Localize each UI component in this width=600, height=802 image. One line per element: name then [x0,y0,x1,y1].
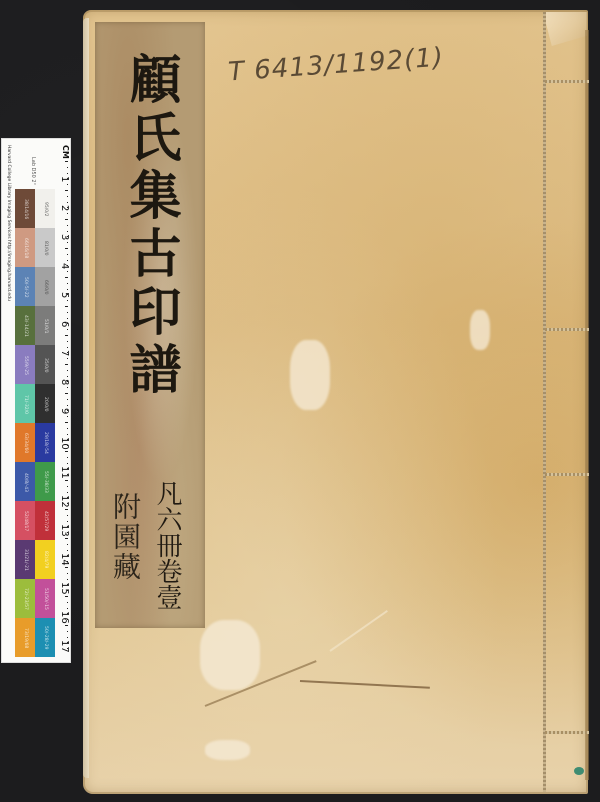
swatch-lab-value: 95/0/2 [35,191,55,227]
color-swatch: 72/-23/57 [15,579,35,618]
ruler-tick [65,567,68,568]
ruler-tick [67,300,68,301]
swatch-lab-value: 82/4/79 [35,542,55,578]
color-swatch: 73/19/68 [15,618,35,657]
ruler-tick [65,538,68,539]
ruler-number: 10 [55,437,70,450]
ruler-number: 5 [55,292,70,298]
color-swatch: 51/50/-15 [35,579,55,618]
ruler-tick [67,416,68,417]
ruler-tick [67,260,68,261]
ruler-number: 11 [55,466,70,479]
swatch-lab-value: 72/-23/57 [15,581,35,617]
ruler-tick [67,544,68,545]
swatch-column-chromatic: 38/14/1666/16/1850/-5/-2243/-14/2155/9/-… [15,189,35,657]
target-credit-text: Harvard College Library Imaging Services… [2,139,14,662]
ruler-tick [67,602,68,603]
ruler-tick [65,306,68,307]
ruler-number: 9 [55,408,70,414]
swatch-lab-value: 29/18/-54 [35,425,55,461]
volume-subtitle: 凡六冊卷壹 [147,480,187,610]
paper-wear [290,340,330,410]
ruler-tick [67,231,68,232]
swatch-lab-value: 66/16/18 [15,230,35,266]
swatch-lab-value: 42/57/29 [35,503,55,539]
ruler-tick [67,341,68,342]
title-char: 印 [120,284,181,342]
paper-wear [470,310,490,350]
color-swatch: 20/0/0 [35,384,55,423]
title-char: 譜 [120,342,181,400]
green-stain [574,767,584,775]
ruler-number: 3 [55,234,70,240]
title-char: 顧 [120,52,181,110]
color-swatch: 35/0/0 [35,345,55,384]
color-swatch: 50/-5/-22 [15,267,35,306]
ruler-tick [67,492,68,493]
binding-stitch [545,328,589,331]
ruler-tick [65,596,68,597]
ruler-number: 14 [55,553,70,566]
color-swatch: 52/48/17 [15,501,35,540]
ruler-tick [67,254,68,255]
ruler-tick [67,376,68,377]
color-swatch: 29/18/-54 [35,423,55,462]
ruler-tick [67,550,68,551]
ruler-tick [65,480,68,481]
ruler-tick [67,289,68,290]
swatch-lab-value: 81/0/0 [35,230,55,266]
binding-stitch [545,80,589,83]
ruler-tick [65,422,68,423]
swatch-lab-value: 51/50/-15 [35,581,55,617]
ruler-number: 17 [55,640,70,653]
color-swatch: 63/34/60 [15,423,35,462]
ruler-number: 7 [55,350,70,356]
ruler-tick [67,242,68,243]
ruler-tick [67,312,68,313]
color-swatch-grid: 38/14/1666/16/1850/-5/-2243/-14/2155/9/-… [15,189,55,657]
ruler-tick [67,428,68,429]
lab-label: Lab D50 2° [26,157,36,187]
title-slip: 顧氏集古印譜 凡六冊卷壹 附園藏 [95,22,205,628]
ruler-tick [67,184,68,185]
swatch-lab-value: 66/0/0 [35,269,55,305]
ruler-tick [67,387,68,388]
ruler-tick [67,399,68,400]
swatch-lab-value: 43/-14/21 [15,308,35,344]
ruler-tick [67,457,68,458]
ruler-tick [67,329,68,330]
spine-edge [585,30,589,780]
swatch-column-gray: 95/0/281/0/066/0/051/0/135/0/020/0/029/1… [35,189,55,657]
title-char: 氏 [120,110,181,168]
color-calibration-target: Harvard College Library Imaging Services… [1,138,71,663]
paper-wear [200,620,260,690]
ruler-tick [65,509,68,510]
color-swatch: 66/16/18 [15,228,35,267]
binding-stitch [545,731,589,734]
color-swatch: 71/-32/0 [15,384,35,423]
book-title: 顧氏集古印譜 [115,52,185,400]
ruler-tick [67,358,68,359]
swatch-lab-value: 38/14/16 [15,191,35,227]
color-swatch: 55/-38/33 [35,462,55,501]
color-swatch: 55/9/-25 [15,345,35,384]
swatch-lab-value: 50/-28/-29 [35,620,55,656]
ruler-number: 16 [55,611,70,624]
ruler-number: 13 [55,524,70,537]
color-swatch: 43/-14/21 [15,306,35,345]
ruler-tick [65,248,68,249]
color-swatch: 38/14/16 [15,189,35,228]
ruler-unit-label: CM [55,145,70,159]
ruler-number: 12 [55,495,70,508]
swatch-lab-value: 20/0/0 [35,386,55,422]
ruler-tick [67,515,68,516]
collection-owner: 附園藏 [107,492,143,582]
ruler-number: 15 [55,582,70,595]
ruler-tick [65,219,68,220]
ruler-tick [67,173,68,174]
ruler-tick [67,637,68,638]
ruler-tick [67,196,68,197]
ruler-tick [67,573,68,574]
swatch-lab-value: 63/34/60 [15,425,35,461]
color-swatch: 81/0/0 [35,228,55,267]
color-swatch: 40/8/-43 [15,462,35,501]
ruler-tick [67,463,68,464]
ruler-tick [65,625,68,626]
ruler-tick [67,521,68,522]
ruler-tick [67,486,68,487]
ruler-number: 6 [55,321,70,327]
ruler-tick [67,608,68,609]
swatch-lab-value: 71/-32/0 [15,386,35,422]
swatch-lab-value: 31/21/-21 [15,542,35,578]
title-char: 古 [120,226,181,284]
ruler-tick [67,202,68,203]
ruler-tick [67,434,68,435]
ruler-tick [67,167,68,168]
ruler-tick [67,283,68,284]
ruler-number: 4 [55,263,70,269]
binding-stitch [545,473,589,476]
color-swatch: 50/-28/-29 [35,618,55,657]
ruler-tick [65,364,68,365]
swatch-lab-value: 73/19/68 [15,620,35,656]
color-swatch: 82/4/79 [35,540,55,579]
ruler-number: 1 [55,176,70,182]
paper-wear [205,740,250,760]
swatch-lab-value: 40/8/-43 [15,464,35,500]
ruler-tick [67,318,68,319]
ruler-tick [65,277,68,278]
ruler-tick [67,631,68,632]
ruler-number: 8 [55,379,70,385]
ruler-tick [65,335,68,336]
ruler-tick [67,213,68,214]
ruler-tick [65,190,68,191]
ruler-tick [67,271,68,272]
color-swatch: 66/0/0 [35,267,55,306]
ruler-tick [67,579,68,580]
color-swatch: 51/0/1 [35,306,55,345]
centimeter-ruler: CM 1234567891011121314151617 [55,139,70,662]
ruler-tick [65,161,68,162]
ruler-tick [67,225,68,226]
swatch-lab-value: 55/9/-25 [15,347,35,383]
ruler-tick [67,347,68,348]
swatch-lab-value: 52/48/17 [15,503,35,539]
swatch-lab-value: 50/-5/-22 [15,269,35,305]
title-char: 集 [120,168,181,226]
swatch-lab-value: 35/0/0 [35,347,55,383]
color-swatch: 31/21/-21 [15,540,35,579]
swatch-lab-value: 55/-38/33 [35,464,55,500]
binding-thread-vertical [543,12,546,792]
ruler-tick [67,405,68,406]
color-swatch: 42/57/29 [35,501,55,540]
swatch-lab-value: 51/0/1 [35,308,55,344]
ruler-tick [65,451,68,452]
ruler-tick [67,370,68,371]
ruler-tick [65,393,68,394]
color-swatch: 95/0/2 [35,189,55,228]
book-left-edge [83,18,89,778]
ruler-number: 2 [55,205,70,211]
